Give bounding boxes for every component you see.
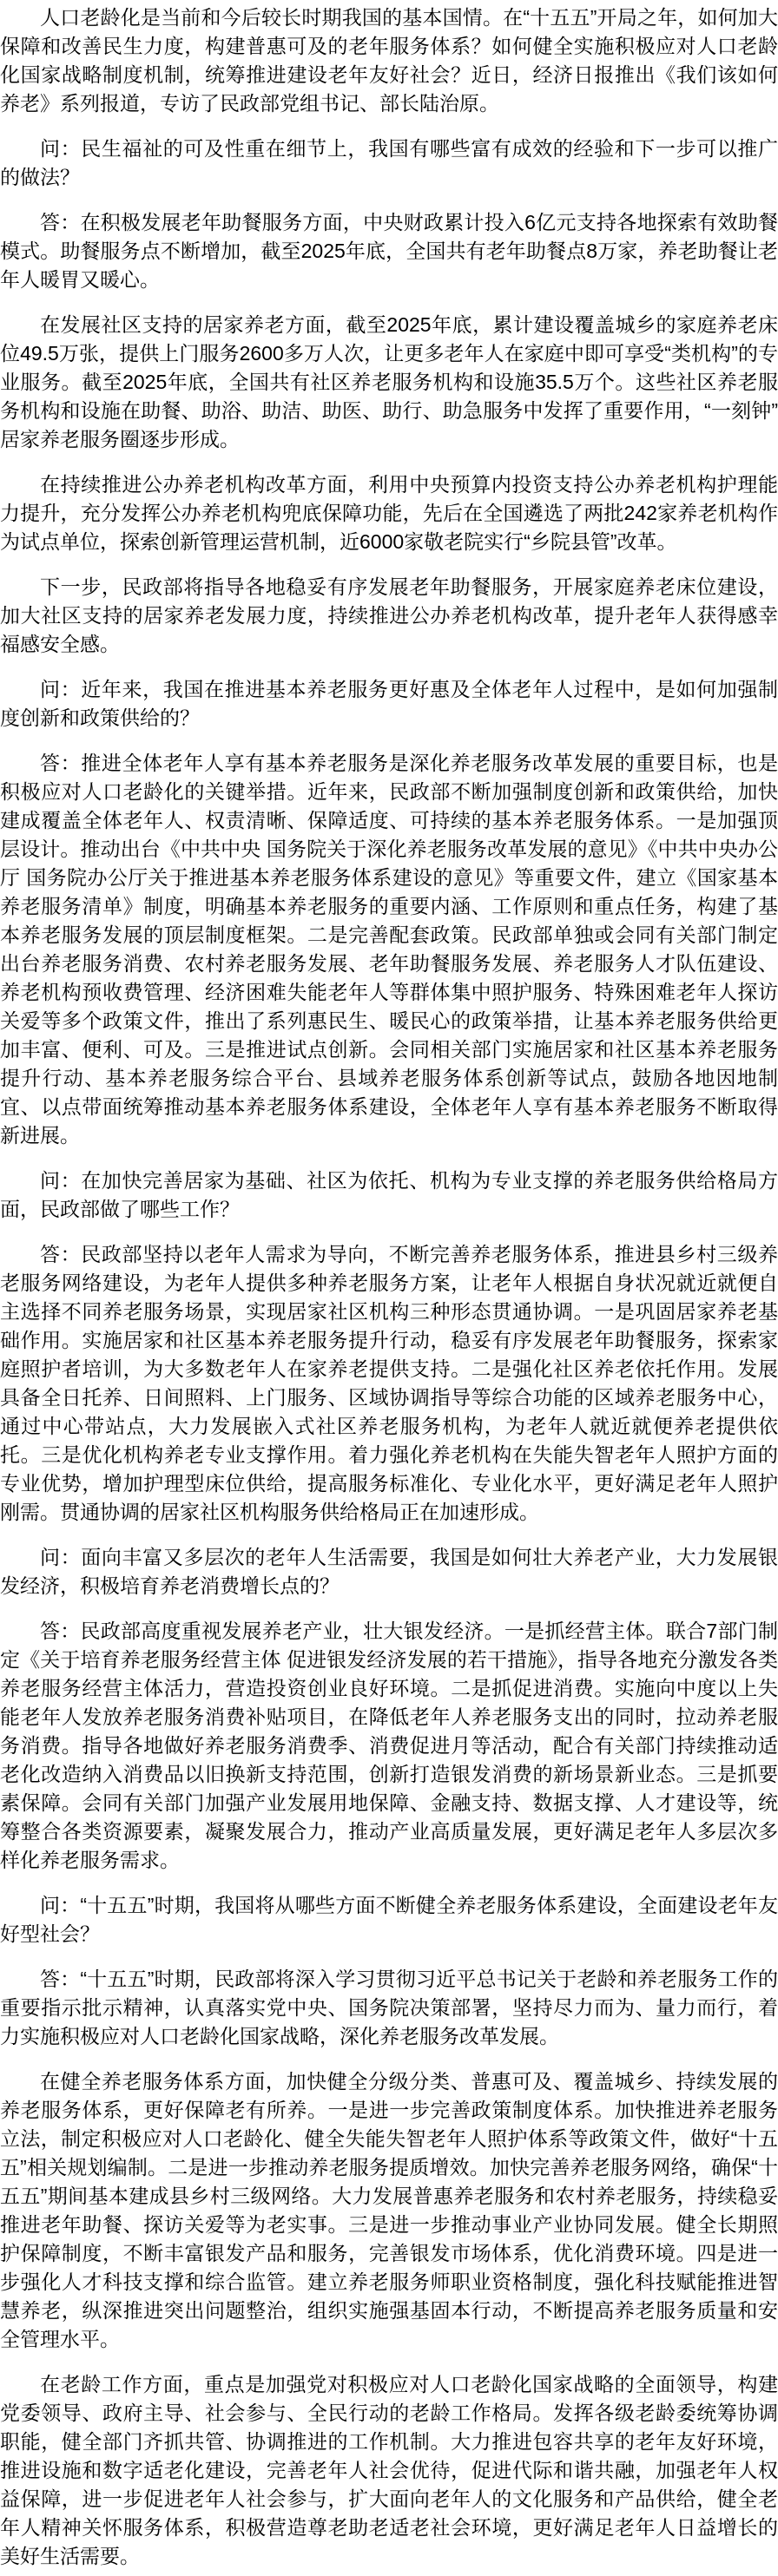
answer-4: 答：民政部高度重视发展养老产业，壮大银发经济。一是抓经营主体。联合7部门制定《关… [0, 1617, 778, 1875]
question-1: 问：民生福祉的可及性重在细节上，我国有哪些富有成效的经验和下一步可以推广的做法？ [0, 135, 778, 192]
question-4: 问：面向丰富又多层次的老年人生活需要，我国是如何壮大养老产业，大力发展银发经济，… [0, 1543, 778, 1600]
article-body: 人口老龄化是当前和今后较长时期我国的基本国情。在“十五五”开局之年，如何加大保障… [0, 0, 778, 2576]
answer-3: 答：民政部坚持以老年人需求为导向，不断完善养老服务体系，推进县乡村三级养老服务网… [0, 1240, 778, 1527]
answer-1-community-home-care-paragraph: 在发展社区支持的居家养老方面，截至2025年底，累计建设覆盖城乡的家庭养老床位4… [0, 311, 778, 454]
question-3: 问：在加快完善居家为基础、社区为依托、机构为专业支撑的养老服务供给格局方面，民政… [0, 1166, 778, 1224]
answer-5-aging-work-paragraph: 在老龄工作方面，重点是加强党对积极应对人口老龄化国家战略的全面领导，构建党委领导… [0, 2370, 778, 2571]
question-5: 问：“十五五”时期，我国将从哪些方面不断健全养老服务体系建设，全面建设老年友好型… [0, 1891, 778, 1948]
answer-1-next-steps-paragraph: 下一步，民政部将指导各地稳妥有序发展老年助餐服务，开展家庭养老床位建设，加大社区… [0, 573, 778, 659]
intro-paragraph: 人口老龄化是当前和今后较长时期我国的基本国情。在“十五五”开局之年，如何加大保障… [0, 3, 778, 118]
answer-5-service-system-paragraph: 在健全养老服务体系方面，加快健全分级分类、普惠可及、覆盖城乡、持续发展的养老服务… [0, 2067, 778, 2354]
answer-2: 答：推进全体老年人享有基本养老服务是深化养老服务改革发展的重要目标，也是积极应对… [0, 749, 778, 1150]
answer-5: 答：“十五五”时期，民政部将深入学习贯彻习近平总书记关于老龄和养老服务工作的重要… [0, 1965, 778, 2051]
question-2: 问：近年来，我国在推进基本养老服务更好惠及全体老年人过程中，是如何加强制度创新和… [0, 675, 778, 733]
answer-1: 答：在积极发展老年助餐服务方面，中央财政累计投入6亿元支持各地探索有效助餐模式。… [0, 208, 778, 294]
answer-1-public-institution-reform-paragraph: 在持续推进公办养老机构改革方面，利用中央预算内投资支持公办养老机构护理能力提升，… [0, 470, 778, 556]
